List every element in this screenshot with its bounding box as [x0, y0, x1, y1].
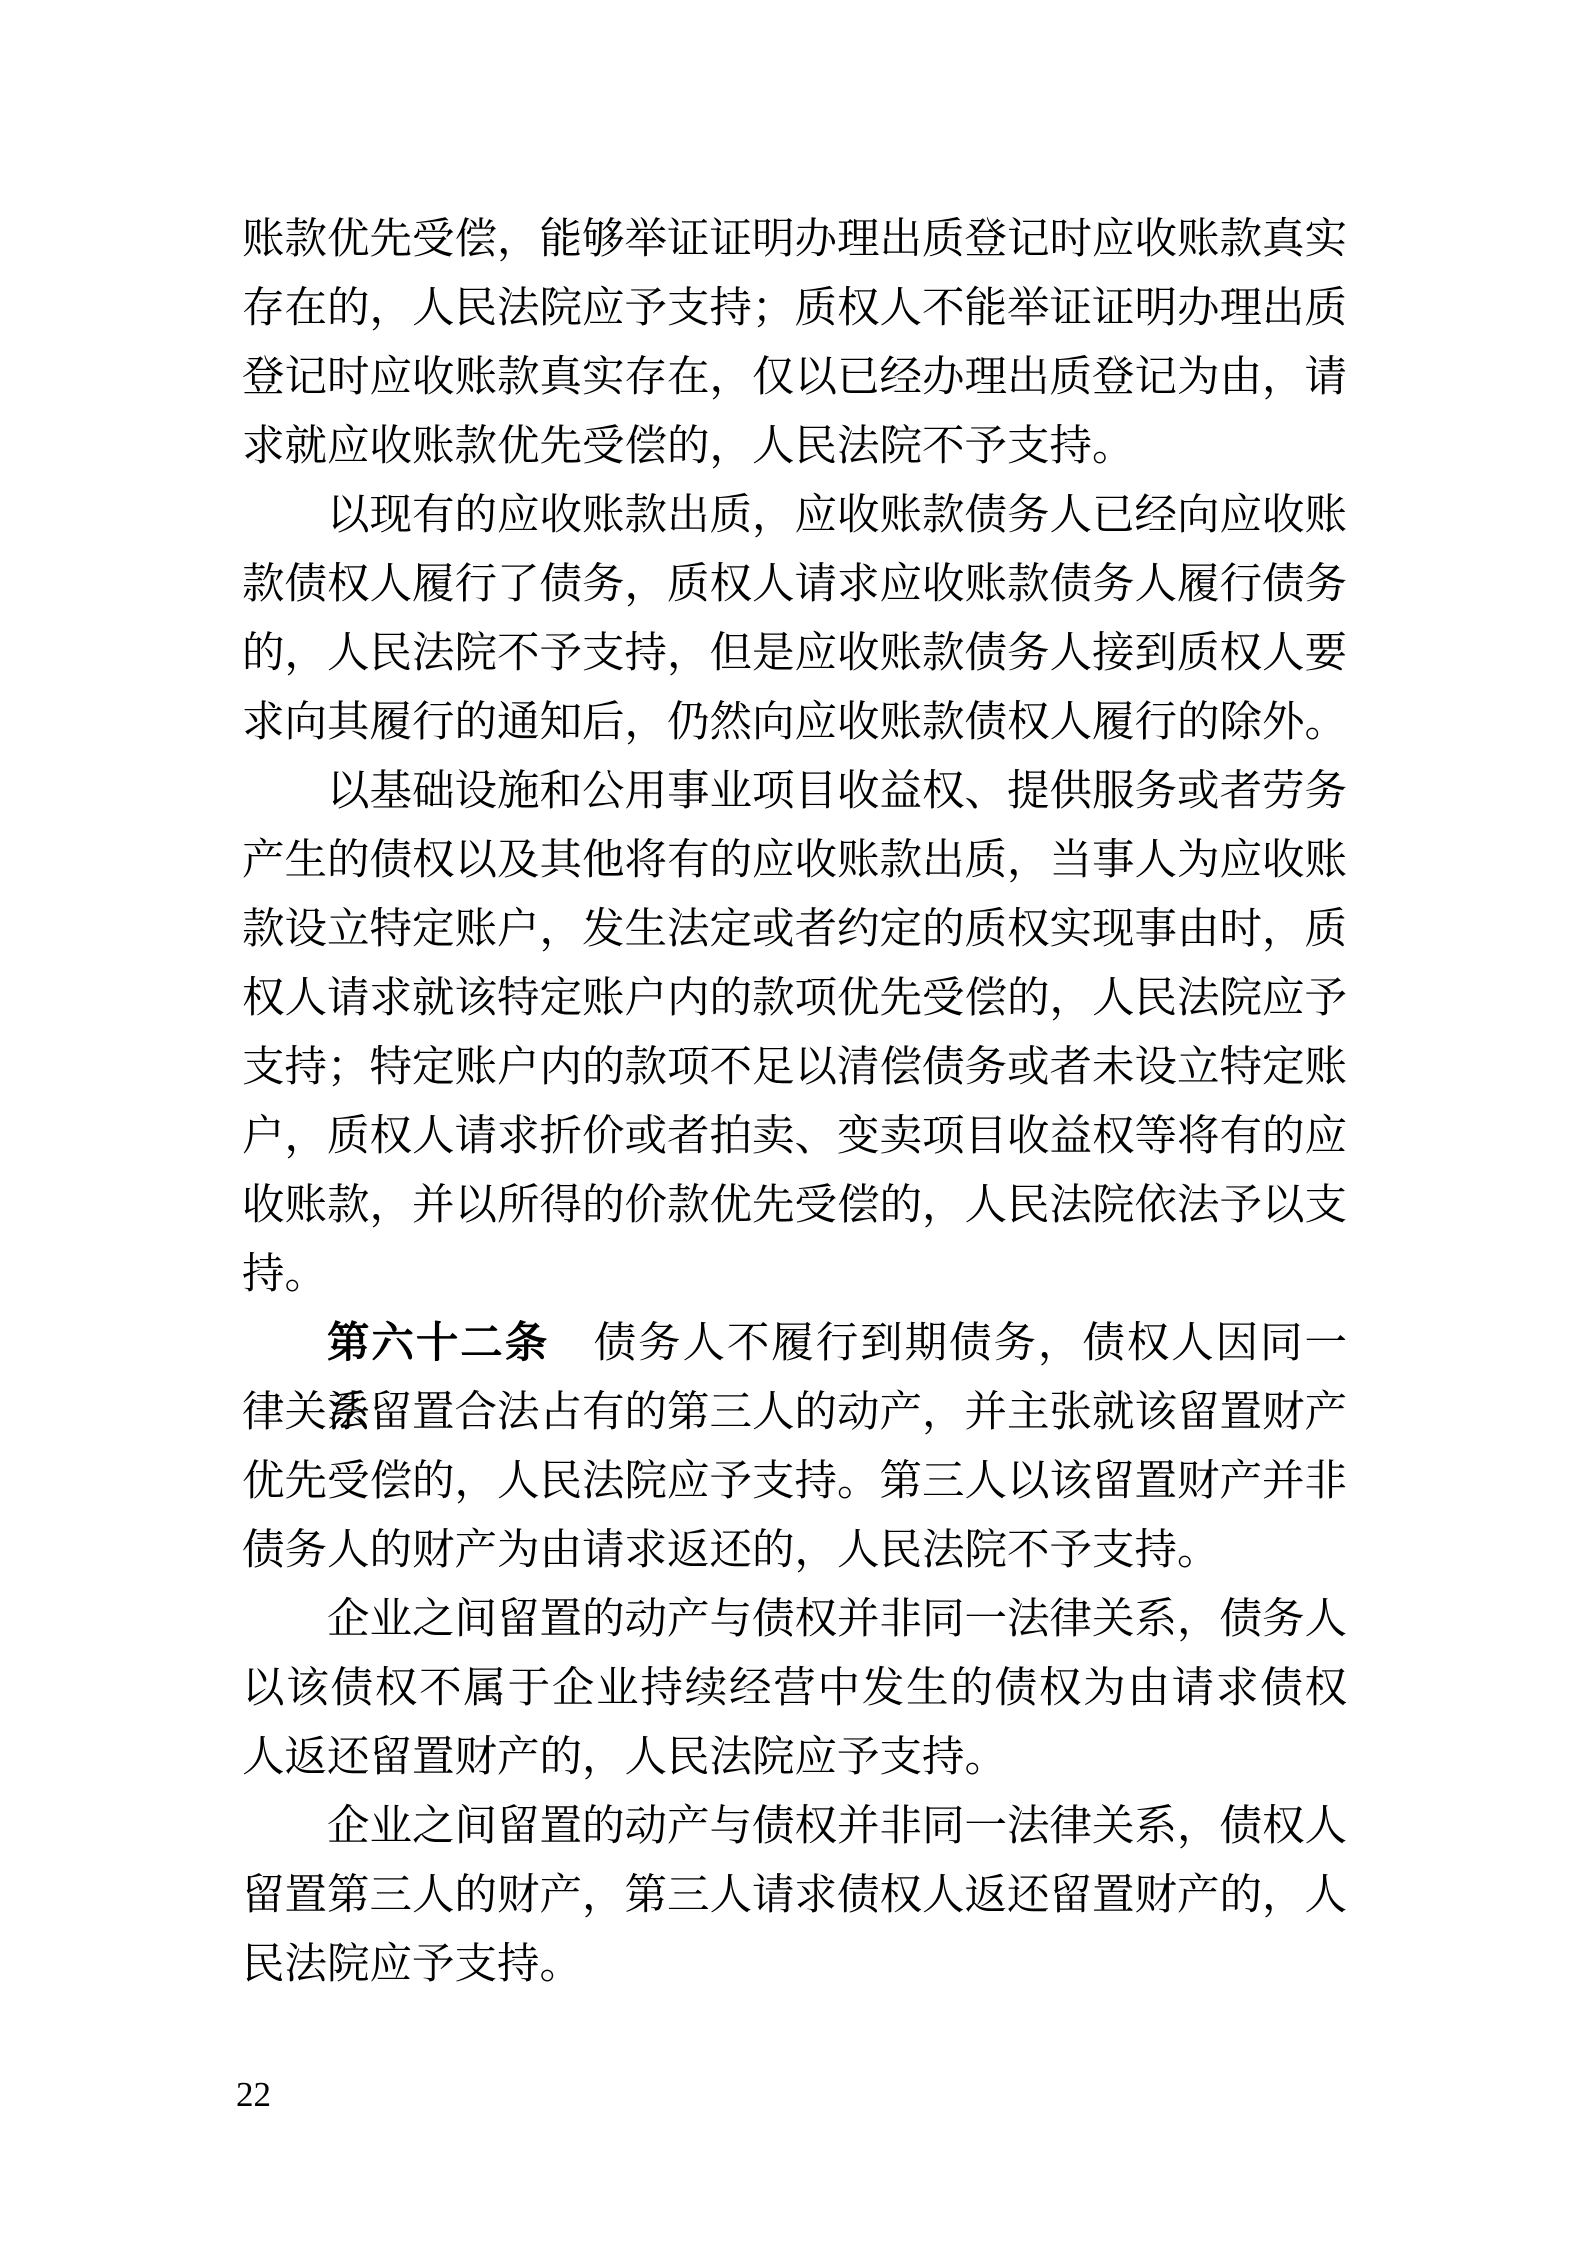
text-segment: 求就应收账款优先受偿的，人民法院不予支持。 [242, 423, 1135, 470]
text-line: 优先受偿的，人民法院应予支持。第三人以该留置财产并非 [242, 1447, 1347, 1516]
text-line: 存在的，人民法院应予支持；质权人不能举证证明办理出质 [242, 274, 1347, 343]
text-segment: 律关系留置合法占有的第三人的动产，并主张就该留置财产 [242, 1389, 1347, 1436]
text-segment: 以该债权不属于企业持续经营中发生的债权为由请求债权 [242, 1665, 1347, 1712]
text-line: 产生的债权以及其他将有的应收账款出质，当事人为应收账 [242, 826, 1347, 895]
text-line: 求就应收账款优先受偿的，人民法院不予支持。 [242, 412, 1347, 481]
text-segment: 以基础设施和公用事业项目收益权、提供服务或者劳务 [327, 768, 1347, 815]
text-line: 企业之间留置的动产与债权并非同一法律关系，债务人 [242, 1585, 1347, 1654]
text-line: 的，人民法院不予支持，但是应收账款债务人接到质权人要 [242, 619, 1347, 688]
text-segment: 支持；特定账户内的款项不足以清偿债务或者未设立特定账 [242, 1044, 1347, 1091]
text-segment: 权人请求就该特定账户内的款项优先受偿的，人民法院应予 [242, 975, 1347, 1022]
text-line: 律关系留置合法占有的第三人的动产，并主张就该留置财产 [242, 1378, 1347, 1447]
text-segment: 的，人民法院不予支持，但是应收账款债务人接到质权人要 [242, 630, 1347, 677]
text-segment: 户，质权人请求折价或者拍卖、变卖项目收益权等将有的应 [242, 1113, 1347, 1160]
text-line: 以现有的应收账款出质，应收账款债务人已经向应收账 [242, 481, 1347, 550]
text-line: 户，质权人请求折价或者拍卖、变卖项目收益权等将有的应 [242, 1102, 1347, 1171]
text-line: 留置第三人的财产，第三人请求债权人返还留置财产的，人 [242, 1861, 1347, 1930]
text-segment: 款债权人履行了债务，质权人请求应收账款债务人履行债务 [242, 561, 1347, 608]
text-segment: 留置第三人的财产，第三人请求债权人返还留置财产的，人 [242, 1872, 1347, 1919]
text-segment: 以现有的应收账款出质，应收账款债务人已经向应收账 [327, 492, 1347, 539]
text-line: 款债权人履行了债务，质权人请求应收账款债务人履行债务 [242, 550, 1347, 619]
text-segment: 款设立特定账户，发生法定或者约定的质权实现事由时，质 [242, 906, 1347, 953]
text-segment: 存在的，人民法院应予支持；质权人不能举证证明办理出质 [242, 285, 1347, 332]
text-segment: 登记时应收账款真实存在，仅以已经办理出质登记为由，请 [242, 354, 1347, 401]
text-segment: 账款优先受偿，能够举证证明办理出质登记时应收账款真实 [242, 216, 1347, 263]
text-line: 人返还留置财产的，人民法院应予支持。 [242, 1723, 1347, 1792]
text-segment: 人返还留置财产的，人民法院应予支持。 [242, 1734, 1007, 1781]
text-segment: 企业之间留置的动产与债权并非同一法律关系，债权人 [327, 1803, 1347, 1850]
text-line: 登记时应收账款真实存在，仅以已经办理出质登记为由，请 [242, 343, 1347, 412]
text-segment: 求向其履行的通知后，仍然向应收账款债权人履行的除外。 [242, 699, 1347, 746]
page-number-footer: 22 [236, 2077, 271, 2112]
text-line: 第六十二条 债务人不履行到期债务，债权人因同一法 [242, 1309, 1347, 1378]
text-line: 持。 [242, 1240, 1347, 1309]
text-line: 企业之间留置的动产与债权并非同一法律关系，债权人 [242, 1792, 1347, 1861]
text-line: 收账款，并以所得的价款优先受偿的，人民法院依法予以支 [242, 1171, 1347, 1240]
text-line: 债务人的财产为由请求返还的，人民法院不予支持。 [242, 1516, 1347, 1585]
text-line: 支持；特定账户内的款项不足以清偿债务或者未设立特定账 [242, 1033, 1347, 1102]
text-segment: 收账款，并以所得的价款优先受偿的，人民法院依法予以支 [242, 1182, 1347, 1229]
text-segment: 产生的债权以及其他将有的应收账款出质，当事人为应收账 [242, 837, 1347, 884]
text-segment: 优先受偿的，人民法院应予支持。第三人以该留置财产并非 [242, 1458, 1347, 1505]
document-page: 账款优先受偿，能够举证证明办理出质登记时应收账款真实存在的，人民法院应予支持；质… [0, 0, 1587, 2245]
text-line: 账款优先受偿，能够举证证明办理出质登记时应收账款真实 [242, 205, 1347, 274]
article-number: 第六十二条 [327, 1320, 549, 1367]
text-line: 求向其履行的通知后，仍然向应收账款债权人履行的除外。 [242, 688, 1347, 757]
text-segment: 企业之间留置的动产与债权并非同一法律关系，债务人 [327, 1596, 1347, 1643]
text-line: 权人请求就该特定账户内的款项优先受偿的，人民法院应予 [242, 964, 1347, 1033]
text-block: 账款优先受偿，能够举证证明办理出质登记时应收账款真实存在的，人民法院应予支持；质… [242, 205, 1347, 1999]
text-line: 款设立特定账户，发生法定或者约定的质权实现事由时，质 [242, 895, 1347, 964]
text-segment: 民法院应予支持。 [242, 1941, 582, 1988]
text-line: 以基础设施和公用事业项目收益权、提供服务或者劳务 [242, 757, 1347, 826]
text-segment: 持。 [242, 1251, 327, 1298]
text-line: 民法院应予支持。 [242, 1930, 1347, 1999]
text-segment: 债务人的财产为由请求返还的，人民法院不予支持。 [242, 1527, 1220, 1574]
text-line: 以该债权不属于企业持续经营中发生的债权为由请求债权 [242, 1654, 1347, 1723]
